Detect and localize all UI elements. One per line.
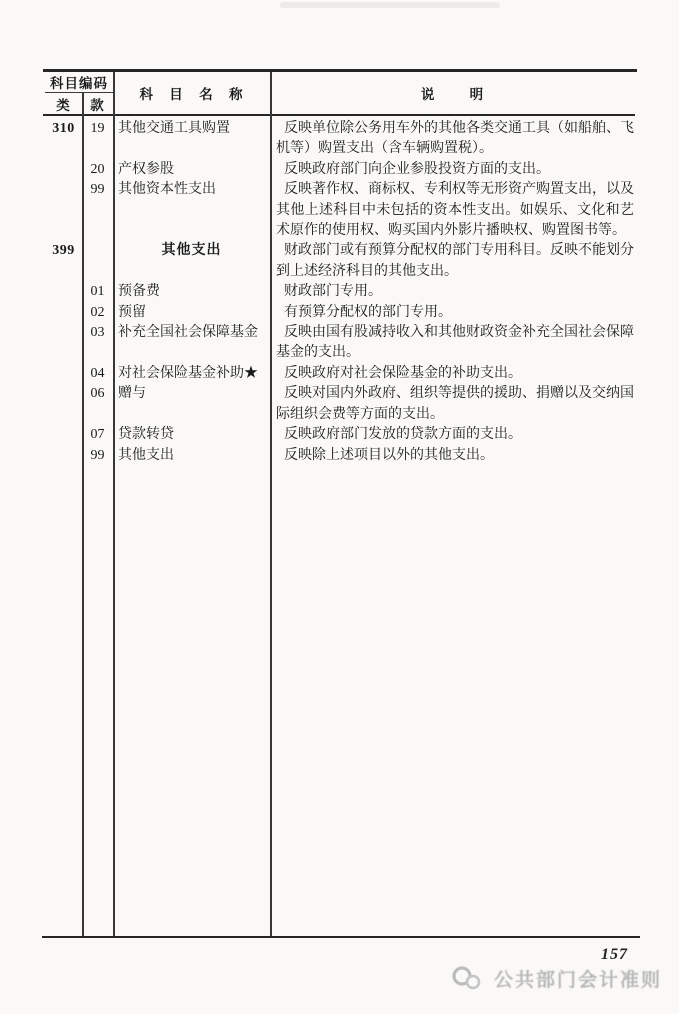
kuan-code-cell: 04 (82, 364, 113, 384)
header-description: 说 明 (270, 72, 635, 114)
header-lei: 类 (45, 93, 82, 114)
table-row: 399 其他支出 财政部门或有预算分配权的部门专用科目。反映不能划分到上述经济科… (45, 241, 635, 282)
watermark: 公共部门会计准则 (451, 964, 662, 992)
lei-code-cell: 310 (45, 119, 82, 139)
description-cell: 反映对国内外政府、组织等提供的援助、捐赠以及交纳国际组织会费等方面的支出。 (270, 384, 635, 425)
kuan-code-cell: 99 (82, 446, 113, 466)
description-cell: 反映政府对社会保险基金的补助支出。 (270, 364, 635, 384)
kuan-code-cell: 01 (82, 282, 113, 302)
kuan-code-cell: 03 (82, 323, 113, 343)
table-row: 99 其他资本性支出 反映著作权、商标权、专利权等无形资产购置支出，以及其他上述… (45, 180, 635, 241)
header-kuan: 款 (82, 93, 113, 114)
table-row: 310 19 其他交通工具购置 反映单位除公务用车外的其他各类交通工具（如船舶、… (45, 119, 635, 160)
subject-name-cell: 其他资本性支出 (113, 180, 270, 200)
subject-name-cell: 产权参股 (113, 160, 270, 180)
kuan-code-cell: 19 (82, 119, 113, 139)
description-cell: 有预算分配权的部门专用。 (270, 303, 635, 323)
description-cell: 财政部门专用。 (270, 282, 635, 302)
table-row: 20 产权参股 反映政府部门向企业参股投资方面的支出。 (45, 160, 635, 180)
subject-name-cell: 预留 (113, 303, 270, 323)
watermark-logo-icon (451, 964, 485, 992)
table-row: 06 赠与 反映对国内外政府、组织等提供的援助、捐赠以及交纳国际组织会费等方面的… (45, 384, 635, 425)
table-row: 04 对社会保险基金补助★ 反映政府对社会保险基金的补助支出。 (45, 364, 635, 384)
subject-name-cell: 其他支出 (113, 241, 270, 261)
subject-name-cell: 贷款转贷 (113, 425, 270, 445)
table-body-rows: 310 19 其他交通工具购置 反映单位除公务用车外的其他各类交通工具（如船舶、… (45, 116, 635, 936)
kuan-code-cell: 99 (82, 180, 113, 200)
description-cell: 反映由国有股减持收入和其他财政资金补充全国社会保障基金的支出。 (270, 323, 635, 364)
description-cell: 反映除上述项目以外的其他支出。 (270, 446, 635, 466)
kuan-code-cell: 07 (82, 425, 113, 445)
kuan-code-cell: 06 (82, 384, 113, 404)
subject-name-cell: 补充全国社会保障基金 (113, 323, 270, 343)
subject-name-cell: 赠与 (113, 384, 270, 404)
lei-code-cell: 399 (45, 241, 82, 261)
page-number: 157 (560, 946, 628, 964)
kuan-code-cell: 20 (82, 160, 113, 180)
description-cell: 反映政府部门发放的贷款方面的支出。 (270, 425, 635, 445)
header-code-group: 科目编码 (45, 72, 113, 92)
description-cell: 财政部门或有预算分配权的部门专用科目。反映不能划分到上述经济科目的其他支出。 (270, 241, 635, 282)
description-cell: 反映著作权、商标权、专利权等无形资产购置支出，以及其他上述科目中未包括的资本性支… (270, 180, 635, 241)
table-bottom-border (42, 936, 640, 938)
kuan-code-cell: 02 (82, 303, 113, 323)
document-page: 科目编码 类 款 科 目 名 称 说 明 310 19 其他交通工具购置 反映单… (0, 0, 679, 1014)
description-cell: 反映政府部门向企业参股投资方面的支出。 (270, 160, 635, 180)
subject-name-cell: 其他支出 (113, 446, 270, 466)
subject-name-cell: 预备费 (113, 282, 270, 302)
watermark-text: 公共部门会计准则 (494, 965, 662, 992)
table-row: 07 贷款转贷 反映政府部门发放的贷款方面的支出。 (45, 425, 635, 445)
subject-name-cell: 对社会保险基金补助★ (113, 364, 270, 384)
table-row: 01 预备费 财政部门专用。 (45, 282, 635, 302)
table-row: 99 其他支出 反映除上述项目以外的其他支出。 (45, 446, 635, 466)
table-row: 03 补充全国社会保障基金 反映由国有股减持收入和其他财政资金补充全国社会保障基… (45, 323, 635, 364)
scan-artifact (280, 2, 500, 8)
description-cell: 反映单位除公务用车外的其他各类交通工具（如船舶、飞机等）购置支出（含车辆购置税）… (270, 119, 635, 160)
subject-name-cell: 其他交通工具购置 (113, 119, 270, 139)
table-row: 02 预留 有预算分配权的部门专用。 (45, 303, 635, 323)
account-codes-table: 科目编码 类 款 科 目 名 称 说 明 310 19 其他交通工具购置 反映单… (45, 69, 635, 938)
header-subject-name: 科 目 名 称 (113, 72, 270, 114)
